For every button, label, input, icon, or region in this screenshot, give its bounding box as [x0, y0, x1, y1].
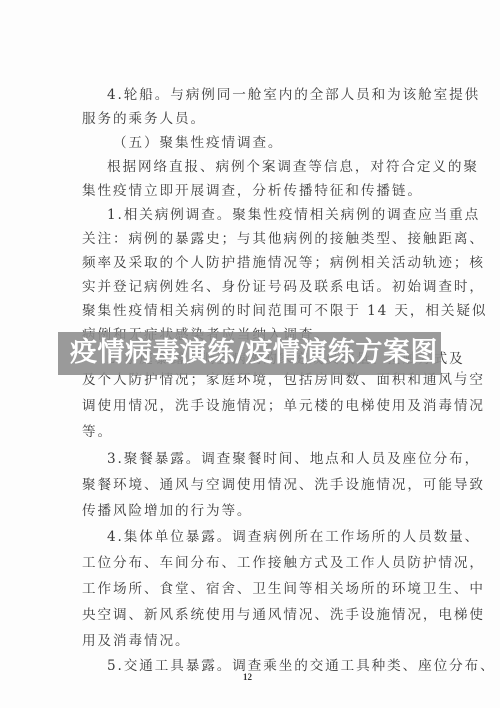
text-line-cluster-intro-cont: 集性疫情立即开展调查，分析传播特征和传播链。 — [82, 183, 423, 199]
text-line-item-4-ship: 4.轮船。与病例同一舱室内的全部人员和为该舱室提供 — [107, 87, 480, 103]
text-line-item-1-cont-b: 频率及采取的个人防护措施情况等；病例相关活动轨迹；核 — [82, 255, 485, 271]
text-line-item-1-cont-a: 关注：病例的暴露史；与其他病例的接触类型、接触距离、 — [82, 231, 485, 247]
text-line-item-3-cont-b: 传播风险增加的行为等。 — [82, 503, 252, 519]
text-line-item-3-dining: 3.聚餐暴露。调查聚餐时间、地点和人员及座位分布， — [107, 451, 480, 467]
text-line-item-4-cont-c: 央空调、新风系统使用与通风情况、洗手设施情况，电梯使 — [82, 607, 485, 623]
section-heading-cluster-investigation: （五）聚集性疫情调查。 — [113, 135, 283, 151]
text-line-item-1-cont-d: 聚集性疫情相关病例的时间范围可不限于 14 天，相关疑似 — [82, 303, 487, 319]
text-line-item-4-cont-d: 用及消毒情况。 — [82, 633, 190, 649]
text-line-item-2-cont-c: 等。 — [82, 424, 113, 440]
text-line-item-4-workplace: 4.集体单位暴露。调查病例所在工作场所的人员数量、 — [107, 529, 480, 545]
text-line-item-5-transport: 5.交通工具暴露。调查乘坐的交通工具种类、座位分布、 — [107, 658, 496, 674]
page-number: 12 — [243, 672, 252, 682]
text-line-item-1-cont-c: 实并登记病例姓名、身份证号码及联系电话。初始调查时， — [82, 279, 485, 295]
text-line-item-4-cont-b: 工作场所、食堂、宿舍、卫生间等相关场所的环境卫生、中 — [82, 581, 485, 597]
text-line-ship-continued: 服务的乘务人员。 — [82, 111, 206, 127]
text-line-item-1-related-cases: 1.相关病例调查。聚集性疫情相关病例的调查应当重点 — [107, 207, 480, 223]
title-overlay-text: 疫情病毒演练/疫情演练方案图 — [70, 335, 438, 371]
scan-speck — [461, 371, 463, 373]
text-line-item-2-cont-b: 调使用情况，洗手设施情况；单元楼的电梯使用及消毒情况 — [82, 398, 485, 414]
text-line-item-4-cont-a: 工位分布、车间分布、工作接触方式及工作人员防护情况， — [82, 555, 485, 571]
text-line-cluster-intro: 根据网络直报、病例个案调查等信息，对符合定义的聚 — [107, 159, 479, 175]
text-line-item-3-cont-a: 聚餐环境、通风与空调使用情况、洗手设施情况，可能导致 — [82, 477, 485, 493]
